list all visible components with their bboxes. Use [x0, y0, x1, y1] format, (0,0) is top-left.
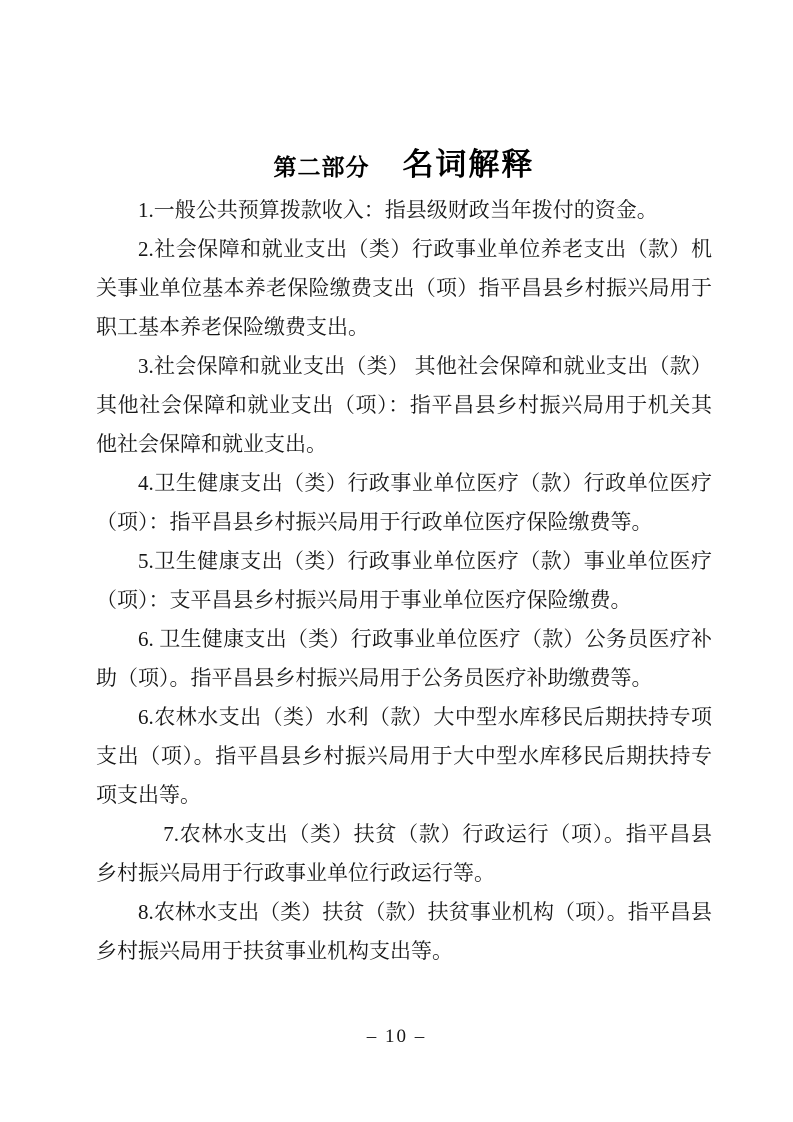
paragraph-1: 1.一般公共预算拨款收入：指县级财政当年拨付的资金。 [96, 191, 712, 230]
paragraph-8: 7.农林水支出（类）扶贫（款）行政运行（项）。指平昌县乡村振兴局用于行政事业单位… [96, 815, 712, 893]
page-title: 第二部分 名词解释 [96, 145, 712, 186]
paragraph-4: 4.卫生健康支出（类）行政事业单位医疗（款）行政单位医疗（项）：指平昌县乡村振兴… [96, 464, 712, 542]
section-title: 名词解释 [402, 147, 534, 182]
page-footer: – 10 – [0, 1026, 793, 1048]
page-number: – 10 – [367, 1026, 427, 1047]
document-body: 1.一般公共预算拨款收入：指县级财政当年拨付的资金。 2.社会保障和就业支出（类… [96, 191, 712, 971]
paragraph-2: 2.社会保障和就业支出（类）行政事业单位养老支出（款）机关事业单位基本养老保险缴… [96, 230, 712, 347]
paragraph-3: 3.社会保障和就业支出（类） 其他社会保障和就业支出（款）其他社会保障和就业支出… [96, 347, 712, 464]
paragraph-5: 5.卫生健康支出（类）行政事业单位医疗（款）事业单位医疗（项）：支平昌县乡村振兴… [96, 542, 712, 620]
document-page: 第二部分 名词解释 1.一般公共预算拨款收入：指县级财政当年拨付的资金。 2.社… [0, 0, 793, 1122]
paragraph-6: 6. 卫生健康支出（类）行政事业单位医疗（款）公务员医疗补助（项）。指平昌县乡村… [96, 620, 712, 698]
paragraph-7: 6.农林水支出（类）水利（款）大中型水库移民后期扶持专项支出（项）。指平昌县乡村… [96, 698, 712, 815]
paragraph-9: 8.农林水支出（类）扶贫（款）扶贫事业机构（项）。指平昌县乡村振兴局用于扶贫事业… [96, 893, 712, 971]
section-part-label: 第二部分 [274, 154, 370, 180]
